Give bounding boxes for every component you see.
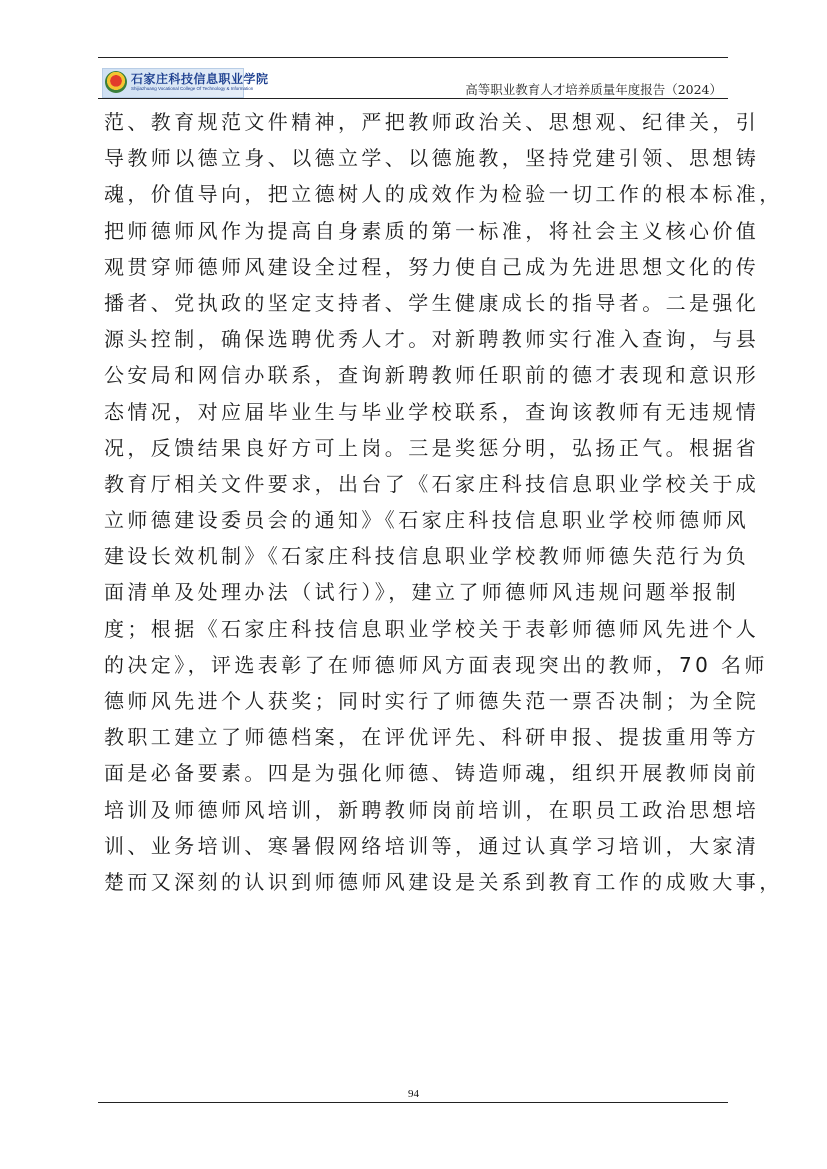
text-line: 观贯穿师德师风建设全过程，努力使自己成为先进思想文化的传 — [104, 249, 729, 285]
text-line: 范、教育规范文件精神，严把教师政治关、思想观、纪律关，引 — [104, 104, 729, 140]
text-line: 把师德师风作为提高自身素质的第一标准，将社会主义核心价值 — [104, 213, 729, 249]
header-rule — [98, 98, 728, 99]
footer-rule — [98, 1102, 728, 1103]
page-number: 94 — [0, 1088, 827, 1100]
page-header: 石家庄科技信息职业学院 Shijiazhuang Vocational Coll… — [98, 66, 728, 98]
text-line: 公安局和网信办联系，查询新聘教师任职前的德才表现和意识形 — [104, 357, 729, 393]
text-line: 的决定》，评选表彰了在师德师风方面表现突出的教师，70 名师 — [104, 647, 729, 683]
report-title: 高等职业教育人才培养质量年度报告（2024） — [465, 80, 722, 98]
text-line: 面是必备要素。四是为强化师德、铸造师魂，组织开展教师岗前 — [104, 755, 729, 791]
text-line: 教职工建立了师德档案，在评优评先、科研申报、提拔重用等方 — [104, 719, 729, 755]
text-line: 培训及师德师风培训，新聘教师岗前培训，在职员工政治思想培 — [104, 792, 729, 828]
text-line: 源头控制，确保选聘优秀人才。对新聘教师实行准入查询，与县 — [104, 321, 729, 357]
text-line: 训、业务培训、寒暑假网络培训等，通过认真学习培训，大家清 — [104, 828, 729, 864]
logo-chinese-name: 石家庄科技信息职业学院 — [131, 70, 269, 87]
text-line: 面清单及处理办法（试行）》，建立了师德师风违规问题举报制 — [104, 574, 729, 610]
text-line: 德师风先进个人获奖；同时实行了师德失范一票否决制；为全院 — [104, 683, 729, 719]
text-line: 态情况，对应届毕业生与毕业学校联系，查询该教师有无违规情 — [104, 394, 729, 430]
top-rule — [98, 57, 728, 58]
text-line: 度；根据《石家庄科技信息职业学校关于表彰师德师风先进个人 — [104, 611, 729, 647]
text-line: 魂，价值导向，把立德树人的成效作为检验一切工作的根本标准， — [104, 176, 729, 212]
text-line: 教育厅相关文件要求，出台了《石家庄科技信息职业学校关于成 — [104, 466, 729, 502]
college-logo: 石家庄科技信息职业学院 Shijiazhuang Vocational Coll… — [102, 68, 244, 98]
logo-english-name: Shijiazhuang Vocational College Of Techn… — [131, 86, 253, 91]
text-line: 建设长效机制》《石家庄科技信息职业学校教师师德失范行为负 — [104, 538, 729, 574]
text-line: 播者、党执政的坚定支持者、学生健康成长的指导者。二是强化 — [104, 285, 729, 321]
text-line: 立师德建设委员会的通知》《石家庄科技信息职业学校师德师风 — [104, 502, 729, 538]
text-line: 导教师以德立身、以德立学、以德施教，坚持党建引领、思想铸 — [104, 140, 729, 176]
emblem-icon — [105, 71, 127, 93]
body-paragraph: 范、教育规范文件精神，严把教师政治关、思想观、纪律关，引 导教师以德立身、以德立… — [104, 104, 729, 900]
text-line: 楚而又深刻的认识到师德师风建设是关系到教育工作的成败大事， — [104, 864, 729, 900]
text-line: 况，反馈结果良好方可上岗。三是奖惩分明，弘扬正气。根据省 — [104, 430, 729, 466]
